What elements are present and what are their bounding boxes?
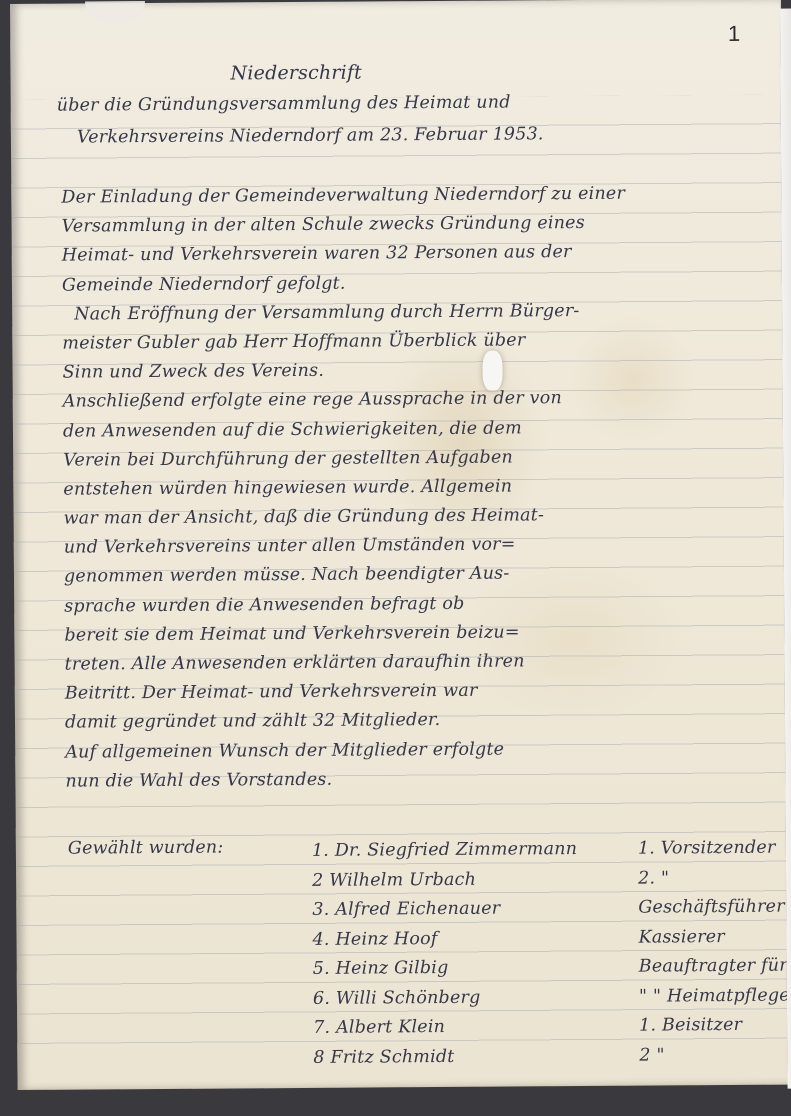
member-role: 2 " [639,1041,665,1071]
member-role: 1. Beisitzer [639,1011,742,1041]
member-role: Geschäftsführer [638,893,785,924]
board-member-row: 2 Wilhelm Urbach2. " [312,863,782,896]
body-line: meister Gubler gab Herr Hoffmann Überbli… [62,326,626,359]
body-line: bereit sie dem Heimat und Verkehrsverein… [64,618,628,651]
member-number: 4. [312,929,329,949]
member-role: Beauftragter für Kulturwesen [639,951,791,982]
member-role: 2. " [638,864,669,894]
elected-label: Gewählt wurden: [68,838,224,859]
board-member-row: 4. Heinz HoofKassierer [312,922,782,955]
body-line: nun die Wahl des Vorstandes. [65,763,629,796]
board-member-row: 7. Albert Klein1. Beisitzer [313,1011,783,1044]
body-line: Der Einladung der Gemeindeverwaltung Nie… [61,180,625,213]
body-line: Verein bei Durchführung der gestellten A… [63,442,627,475]
body-line: damit gegründet und zählt 32 Mitglieder. [65,705,629,738]
member-role: Kassierer [638,923,725,953]
page-number: 1 [728,21,740,47]
body-line: genommen werden müsse. Nach beendigter A… [64,559,628,592]
board-member-list: 1. Dr. Siegfried Zimmermann1. Vorsitzend… [312,834,784,1073]
body-line: Versammlung in der alten Schule zwecks G… [61,209,625,242]
member-number: 3. [312,900,329,920]
member-number: 6. [313,988,330,1008]
body-line: war man der Ansicht, daß die Gründung de… [63,501,627,534]
member-role: 1. Vorsitzender [638,834,776,864]
board-member-row: 8 Fritz Schmidt2 " [313,1040,783,1073]
body-line: Auf allgemeinen Wunsch der Mitglieder er… [65,734,629,767]
member-name: Dr. Siegfried Zimmermann [335,835,578,866]
paper-clip-mark [85,1,145,23]
body-line: Beitritt. Der Heimat- und Verkehrsverein… [65,676,629,709]
body-line: Gemeinde Niederndorf gefolgt. [62,267,626,300]
board-member-row: 6. Willi Schönberg" " Heimatpflege [313,981,783,1014]
body-line: und Verkehrsvereins unter allen Umstände… [64,530,628,563]
member-name: Heinz Gilbig [336,954,449,984]
member-name: Albert Klein [336,1013,445,1043]
body-line: Anschließend erfolgte eine rege Aussprac… [63,384,627,417]
subtitle-line-1: über die Gründungsversammlung des Heimat… [57,93,511,116]
body-line: treten. Alle Anwesenden erklärten darauf… [65,647,629,680]
member-number: 1. [312,841,329,861]
document-title: Niederschrift [230,62,362,85]
document-page: 1 Niederschrift über die Gründungsversam… [10,0,789,1090]
body-line: sprache wurden die Anwesenden befragt ob [64,588,628,621]
member-name: Alfred Eichenauer [335,895,500,926]
body-line: entstehen würden hingewiesen wurde. Allg… [63,472,627,505]
member-name: Heinz Hoof [335,925,437,955]
member-name: Wilhelm Urbach [329,865,476,896]
member-number: 7. [313,1018,330,1038]
body-line: den Anwesenden auf die Schwierigkeiten, … [63,413,627,446]
body-line: Sinn und Zweck des Vereins. [62,355,626,388]
minutes-body: Der Einladung der Gemeindeverwaltung Nie… [61,180,629,797]
body-line: Nach Eröffnung der Versammlung durch Her… [62,296,626,329]
board-member-row: 5. Heinz GilbigBeauftragter für Kulturwe… [313,952,783,985]
member-name: Willi Schönberg [336,983,481,1014]
subtitle-line-2: Verkehrsvereins Niederndorf am 23. Febru… [77,124,544,147]
board-member-row: 1. Dr. Siegfried Zimmermann1. Vorsitzend… [312,834,782,867]
member-number: 2 [312,870,323,890]
body-line: Heimat- und Verkehrsverein waren 32 Pers… [62,238,626,271]
member-role: " " Heimatpflege [639,981,790,1012]
board-member-row: 3. Alfred EichenauerGeschäftsführer [312,893,782,926]
member-number: 5. [313,959,330,979]
member-name: Fritz Schmidt [330,1042,454,1072]
member-number: 8 [313,1047,324,1067]
